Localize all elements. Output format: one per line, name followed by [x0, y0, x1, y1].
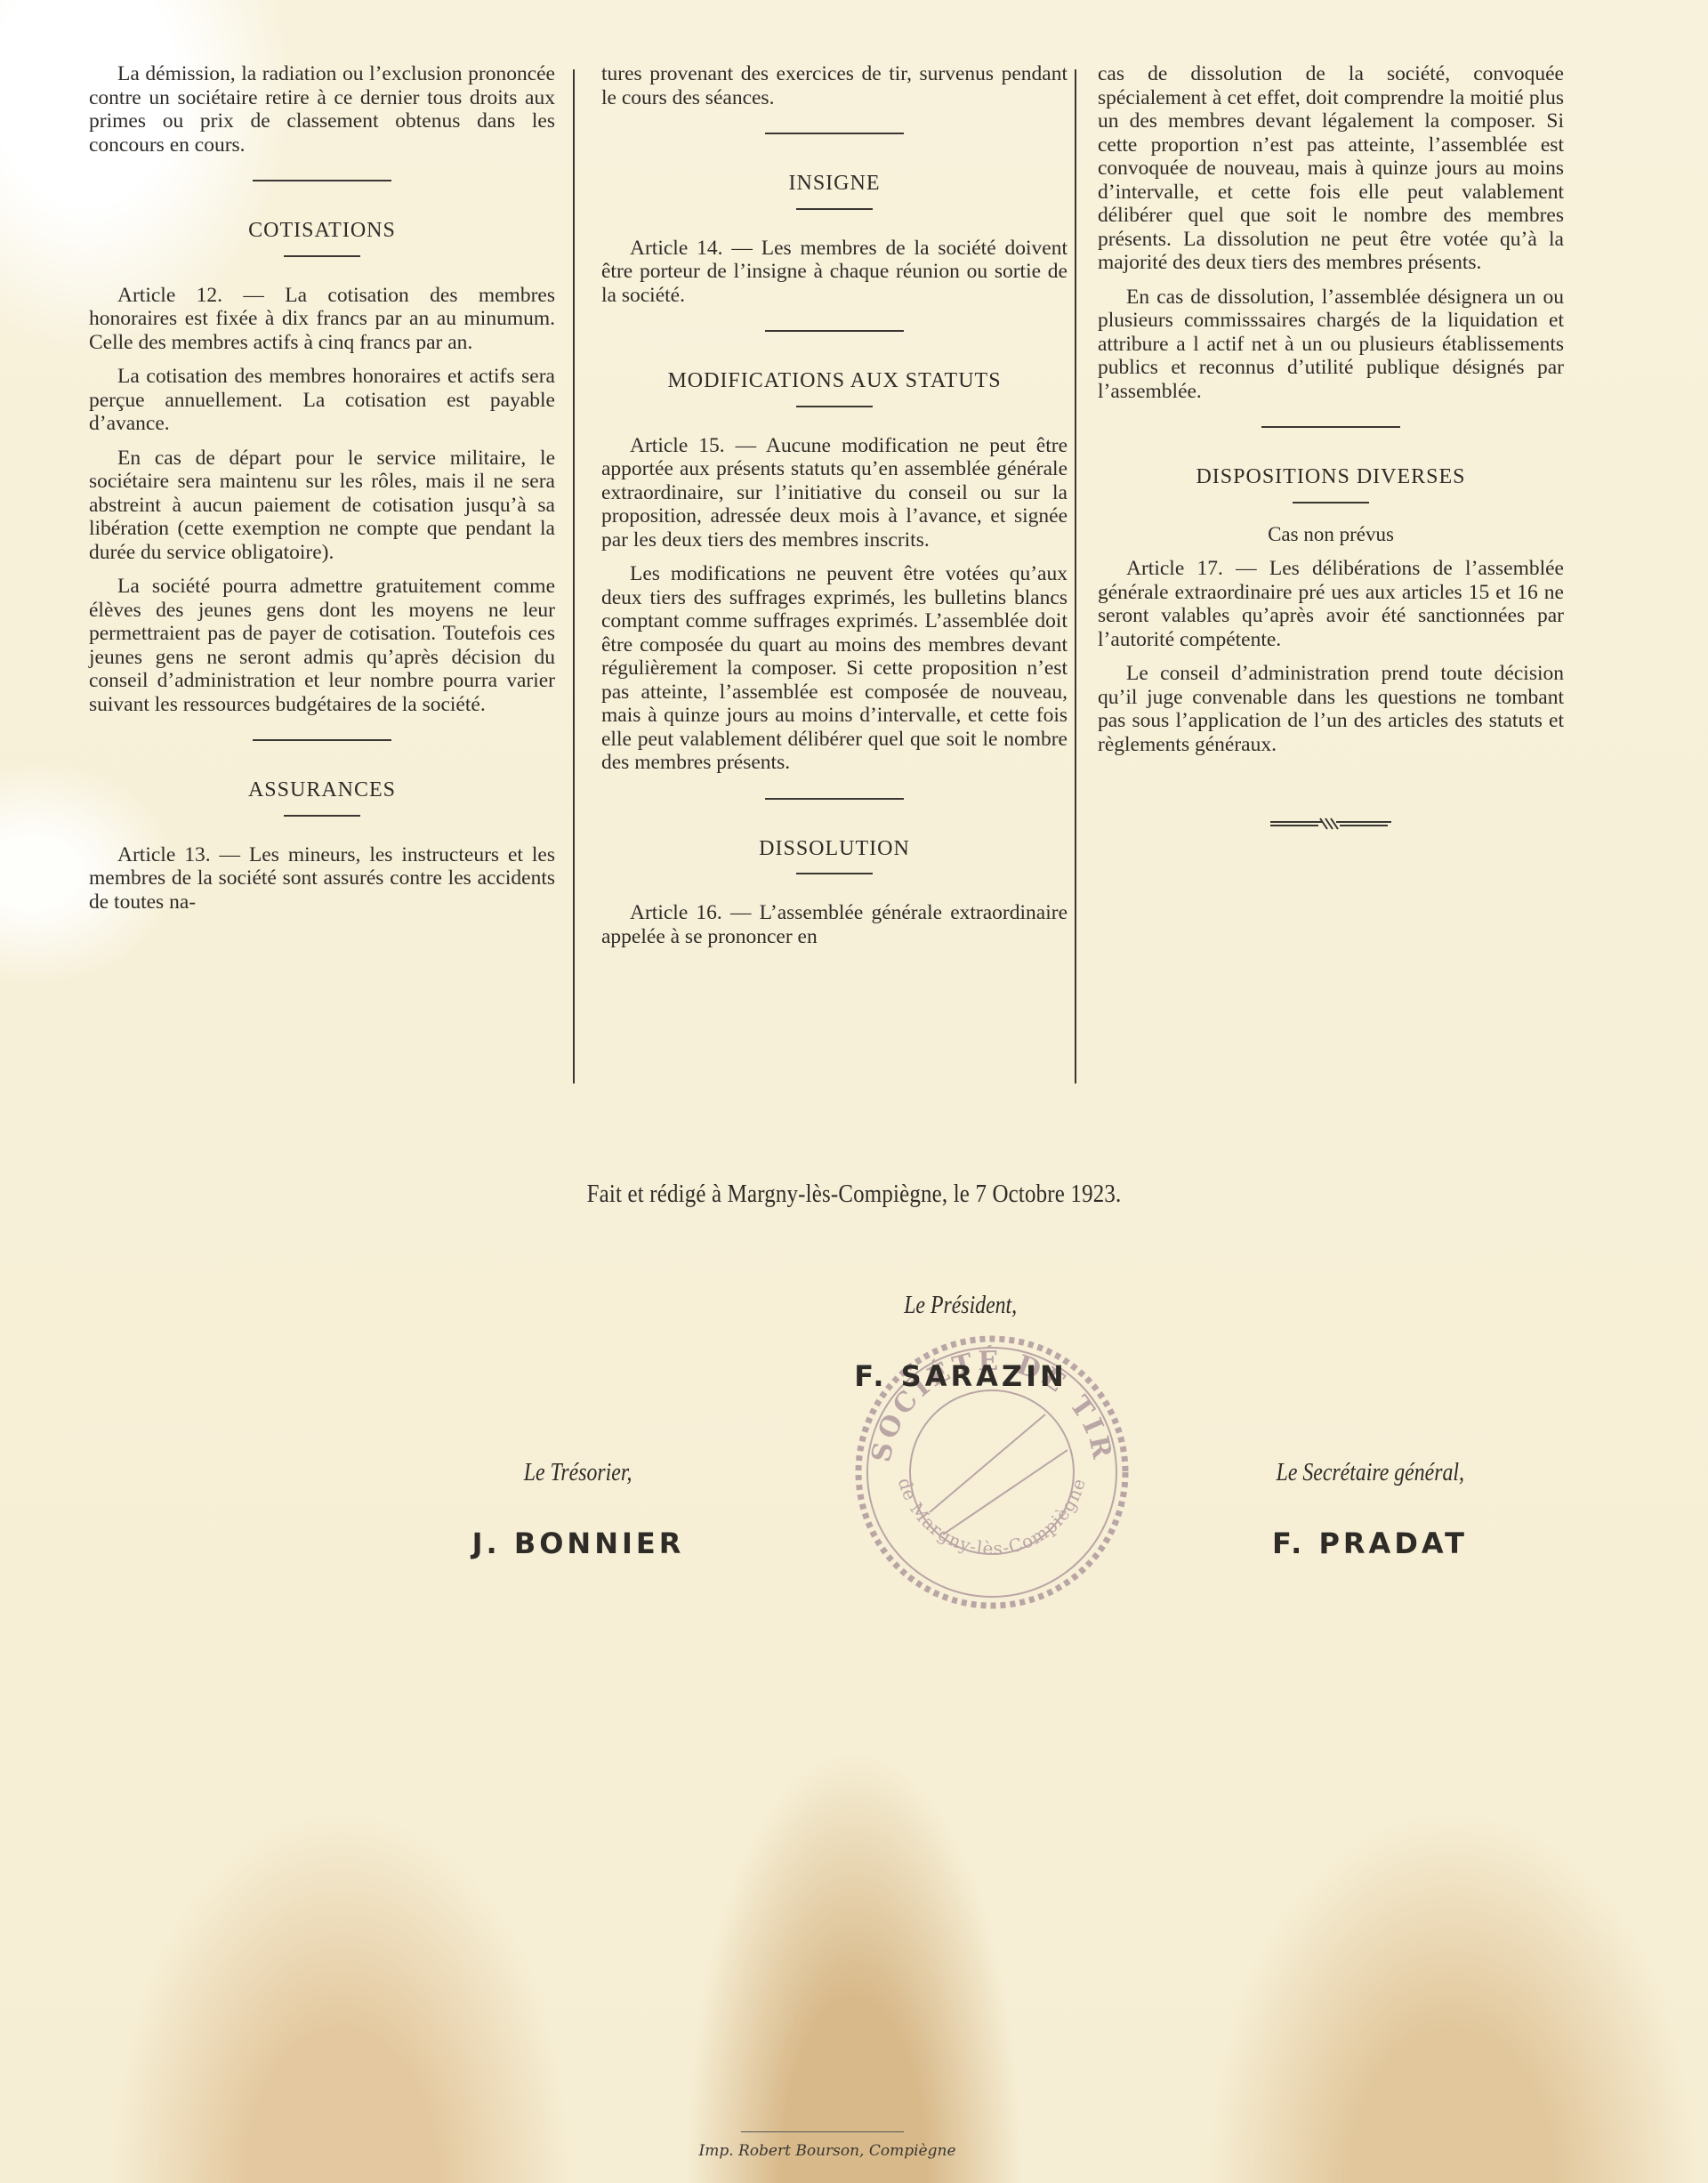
section-heading: DISPOSITIONS DIVERSES — [1098, 465, 1564, 489]
section-rule — [1261, 426, 1400, 428]
section-rule — [253, 739, 391, 741]
section-rule — [765, 330, 904, 332]
section-heading: COTISATIONS — [89, 219, 555, 243]
section-rule — [765, 798, 904, 800]
section-heading: DISSOLUTION — [601, 837, 1067, 861]
section-heading: INSIGNE — [601, 172, 1067, 196]
text-column-3: cas de dissolution de la société, convoq… — [1098, 62, 1564, 833]
treasurer-name: J. BONNIER — [374, 1526, 783, 1560]
heading-underline — [796, 208, 873, 210]
signature-president: Le Président, F. SARAZIN — [738, 1292, 1183, 1393]
section-rule — [253, 180, 391, 181]
heading-underline — [284, 815, 360, 817]
section-heading: ASSURANCES — [89, 778, 555, 802]
paragraph: En cas de départ pour le service militai… — [89, 447, 555, 565]
heading-underline — [1293, 502, 1369, 503]
paragraph: Le conseil d’administration prend toute … — [1098, 662, 1564, 756]
president-name: F. SARAZIN — [738, 1359, 1183, 1393]
end-ornament-icon — [1269, 815, 1393, 833]
heading-underline — [796, 873, 873, 874]
secretary-name: F. PRADAT — [1148, 1526, 1592, 1560]
text-column-1: La démission, la radiation ou l’exclusio… — [89, 62, 555, 924]
section-heading: MODIFICATIONS AUX STATUTS — [601, 369, 1067, 393]
president-role: Le Président, — [905, 1292, 1018, 1320]
secretary-role: Le Secrétaire général, — [1276, 1459, 1463, 1487]
paragraph: Article 15. — Aucune modification ne peu… — [601, 434, 1067, 552]
paragraph: La cotisation des membres honoraires et … — [89, 365, 555, 436]
paragraph: En cas de dissolution, l’assemblée désig… — [1098, 286, 1564, 404]
paragraph: Article 12. — La cotisation des membres … — [89, 284, 555, 355]
paragraph: La démission, la radiation ou l’exclusio… — [89, 62, 555, 157]
section-subheading: Cas non prévus — [1098, 523, 1564, 547]
column-divider — [573, 69, 575, 1083]
printer-imprint: Imp. Robert Bourson, Compiègne — [694, 2142, 961, 2160]
heading-underline — [284, 255, 360, 257]
paragraph: tures provenant des exercices de tir, su… — [601, 62, 1067, 109]
paragraph: La société pourra admettre gratuitement … — [89, 575, 555, 716]
treasurer-role: Le Trésorier, — [524, 1459, 632, 1487]
heading-underline — [796, 406, 873, 407]
stamp-bottom-text: de Margny-lès-Compiègne — [894, 1476, 1091, 1559]
signature-secretary: Le Secrétaire général, F. PRADAT — [1148, 1459, 1592, 1560]
paragraph: Article 13. — Les mineurs, les instructe… — [89, 843, 555, 914]
signature-treasurer: Le Trésorier, J. BONNIER — [374, 1459, 783, 1560]
printer-rule — [741, 2131, 904, 2132]
place-date-line: Fait et rédigé à Margny-lès-Compiègne, l… — [119, 1180, 1588, 1209]
section-rule — [765, 133, 904, 134]
paragraph: Article 14. — Les membres de la société … — [601, 237, 1067, 308]
svg-text:de Margny-lès-Compiègne: de Margny-lès-Compiègne — [894, 1476, 1091, 1559]
paragraph: Article 16. — L’assemblée générale extra… — [601, 901, 1067, 948]
paragraph: Les modifications ne peuvent être votées… — [601, 562, 1067, 775]
paragraph: Article 17. — Les délibérations de l’ass… — [1098, 557, 1564, 651]
column-divider — [1075, 69, 1076, 1083]
paragraph: cas de dissolution de la société, convoq… — [1098, 62, 1564, 275]
text-column-2: tures provenant des exercices de tir, su… — [601, 62, 1067, 959]
